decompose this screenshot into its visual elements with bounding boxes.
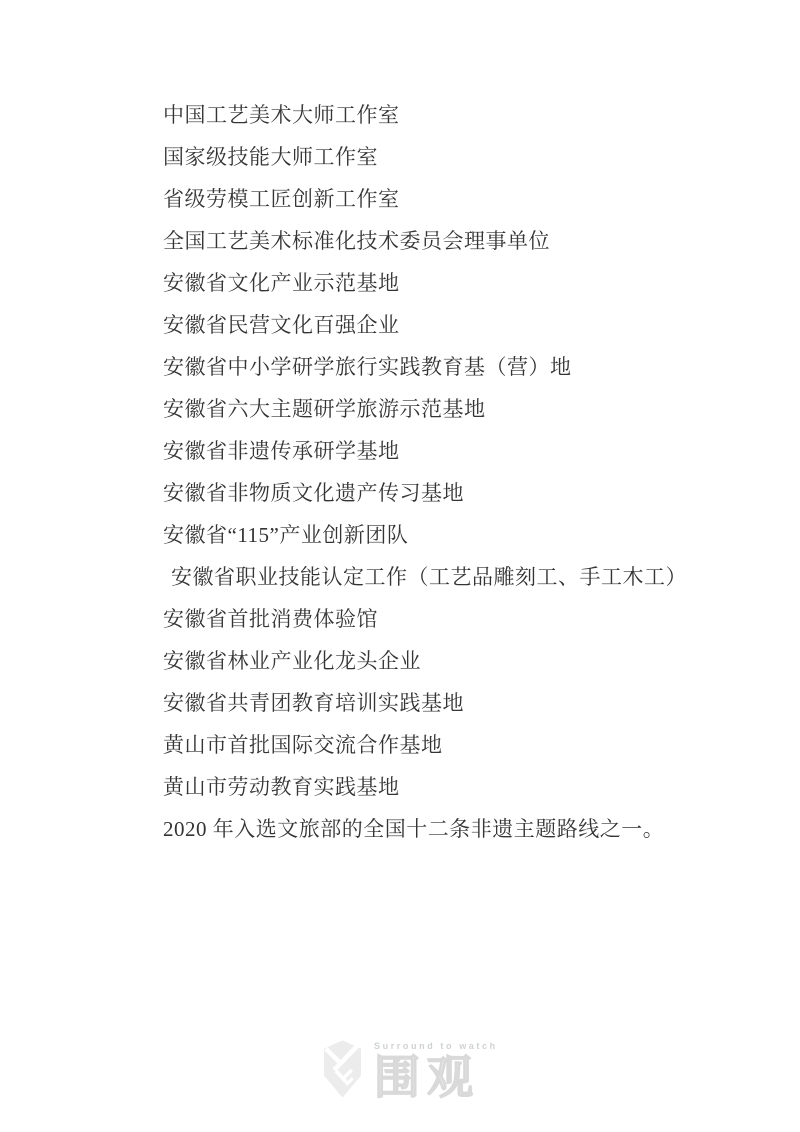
honor-line: 安徽省文化产业示范基地 [163, 262, 723, 304]
watermark: Surround to watch 围观 [324, 1040, 498, 1100]
honor-line: 安徽省首批消费体验馆 [163, 598, 723, 640]
honor-line: 中国工艺美术大师工作室 [163, 94, 723, 136]
honor-line: 安徽省共青团教育培训实践基地 [163, 682, 723, 724]
honor-line: 安徽省中小学研学旅行实践教育基（营）地 [163, 346, 723, 388]
honor-line: 安徽省非遗传承研学基地 [163, 430, 723, 472]
honor-line: 安徽省“115”产业创新团队 [163, 514, 723, 556]
honor-line: 国家级技能大师工作室 [163, 136, 723, 178]
watermark-tagline: Surround to watch [374, 1041, 498, 1051]
honors-list: 中国工艺美术大师工作室国家级技能大师工作室省级劳模工匠创新工作室全国工艺美术标准… [163, 94, 723, 850]
document-page: 中国工艺美术大师工作室国家级技能大师工作室省级劳模工匠创新工作室全国工艺美术标准… [0, 0, 800, 1132]
honor-line: 安徽省林业产业化龙头企业 [163, 640, 723, 682]
honor-line: 全国工艺美术标准化技术委员会理事单位 [163, 220, 723, 262]
honor-line: 2020 年入选文旅部的全国十二条非遗主题路线之一。 [163, 808, 723, 850]
honor-line: 黄山市劳动教育实践基地 [163, 766, 723, 808]
watermark-text-block: Surround to watch 围观 [374, 1040, 498, 1100]
brand-shield-icon [324, 1040, 361, 1098]
honor-line: 安徽省六大主题研学旅游示范基地 [163, 388, 723, 430]
honor-line: 安徽省非物质文化遗产传习基地 [163, 472, 723, 514]
honor-line: 省级劳模工匠创新工作室 [163, 178, 723, 220]
honor-line: 安徽省职业技能认定工作（工艺品雕刻工、手工木工） [163, 556, 723, 598]
honor-line: 黄山市首批国际交流合作基地 [163, 724, 723, 766]
watermark-logo-text: 围观 [374, 1055, 498, 1100]
honor-line: 安徽省民营文化百强企业 [163, 304, 723, 346]
